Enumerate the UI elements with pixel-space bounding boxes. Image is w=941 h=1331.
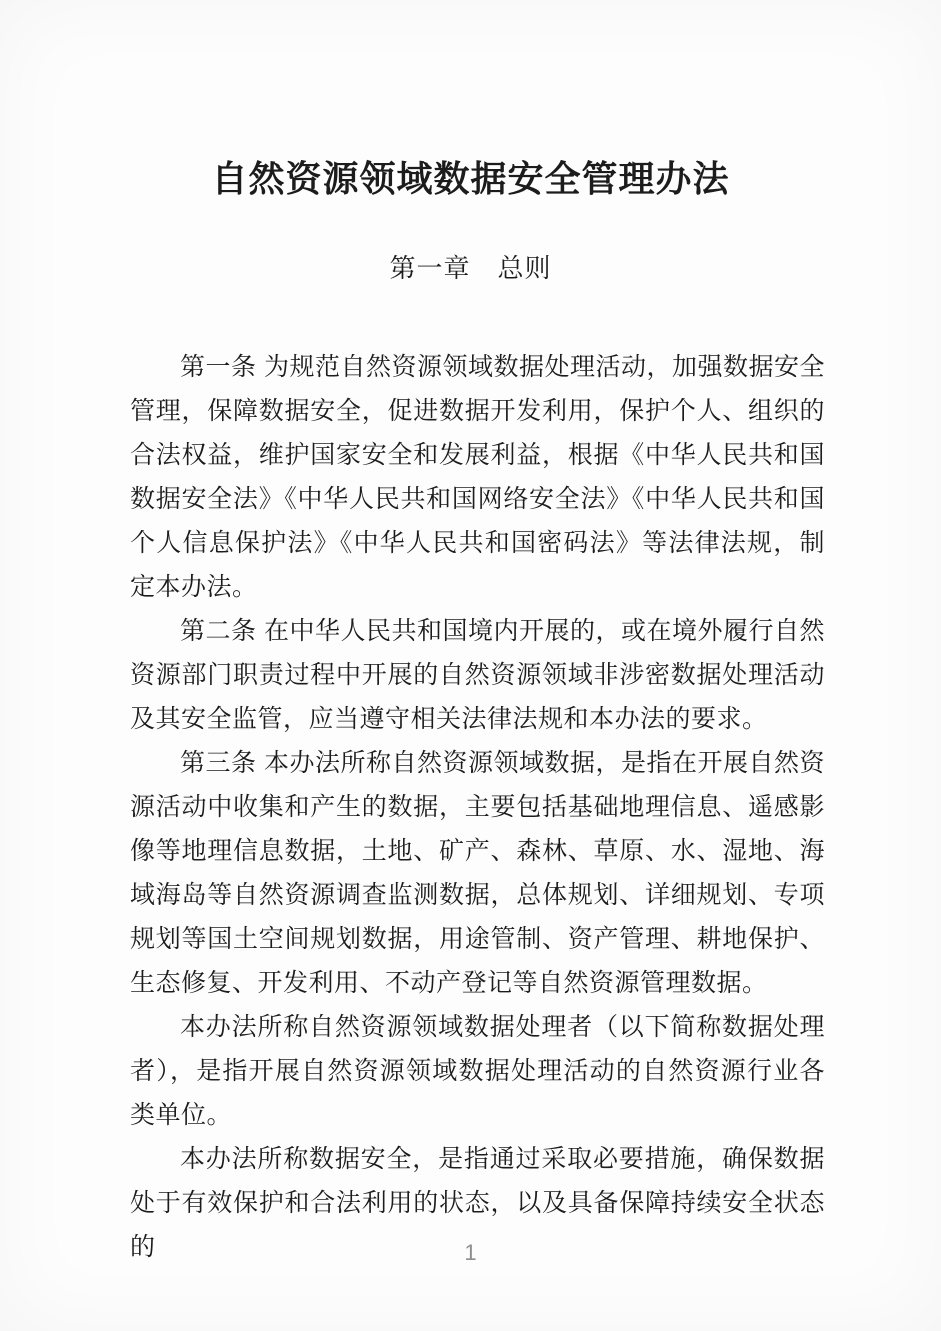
paragraph: 本办法所称自然资源领域数据处理者（以下简称数据处理者），是指开展自然资源领域数据… bbox=[130, 1005, 825, 1137]
chapter-heading: 第一章 总则 bbox=[0, 248, 941, 288]
paragraph: 第二条 在中华人民共和国境内开展的，或在境外履行自然资源部门职责过程中开展的自然… bbox=[130, 609, 825, 741]
document-title: 自然资源领域数据安全管理办法 bbox=[0, 0, 941, 202]
paragraph: 第三条 本办法所称自然资源领域数据，是指在开展自然资源活动中收集和产生的数据，主… bbox=[130, 741, 825, 1005]
document-body: 第一条 为规范自然资源领域数据处理活动，加强数据安全管理，保障数据安全，促进数据… bbox=[130, 345, 825, 1269]
document-page: 自然资源领域数据安全管理办法 第一章 总则 第一条 为规范自然资源领域数据处理活… bbox=[0, 0, 941, 1331]
paragraph: 第一条 为规范自然资源领域数据处理活动，加强数据安全管理，保障数据安全，促进数据… bbox=[130, 345, 825, 609]
page-number: 1 bbox=[0, 1240, 941, 1266]
